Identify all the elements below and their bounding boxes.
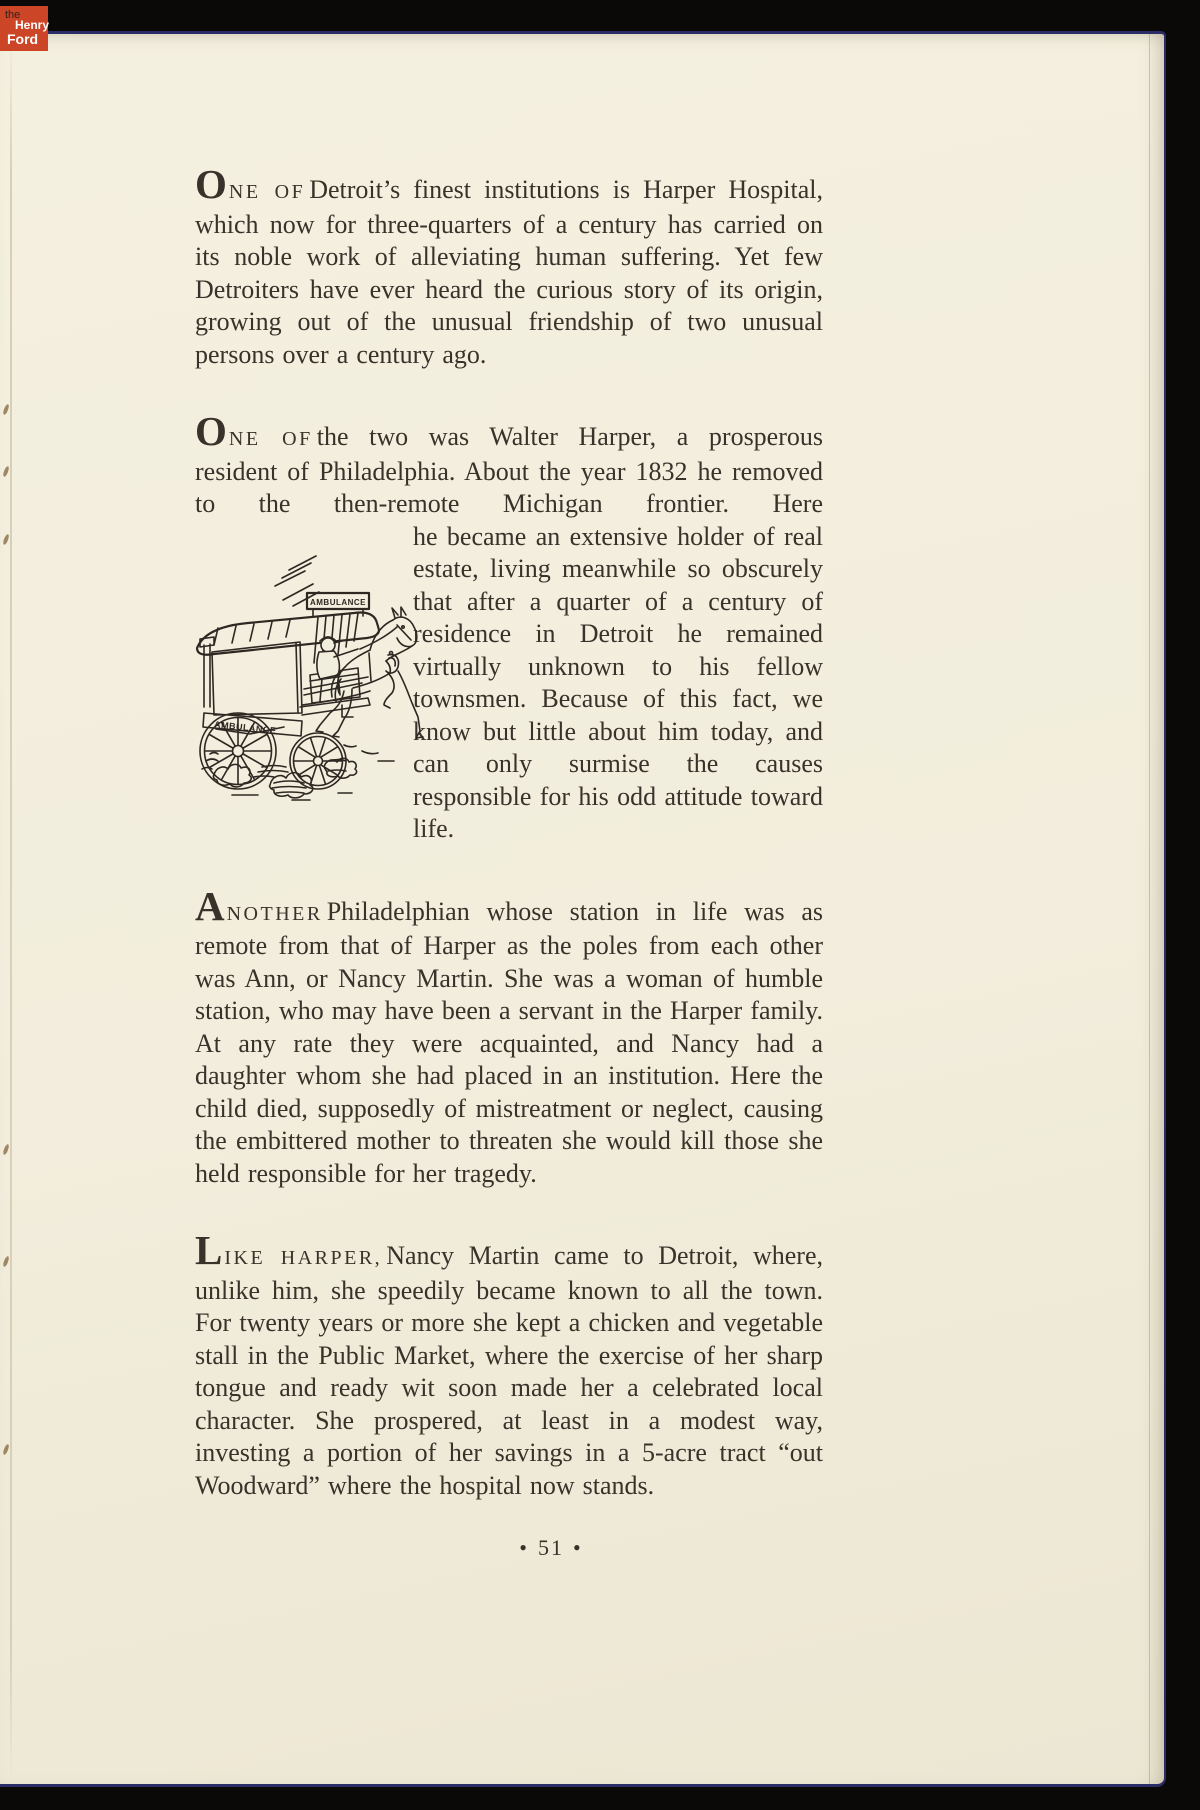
ambulance-sign-top: AMBULANCE xyxy=(310,598,366,607)
drop-cap: O xyxy=(195,408,228,454)
paragraph-three: ANOTHERPhiladelphian whose station in li… xyxy=(195,886,823,1191)
stitch-mark xyxy=(2,404,9,416)
small-caps: NE OF xyxy=(229,428,313,450)
paragraph-two-lead: ONE OFthe two was Walter Harper, a prosp… xyxy=(195,411,823,521)
paragraph-text: Nancy Martin came to Detroit, where, unl… xyxy=(195,1241,823,1500)
logo-word-ford: Ford xyxy=(7,31,38,47)
book-page: ONE OFDetroit’s finest institutions is H… xyxy=(0,31,1166,1787)
page-number: • 51 • xyxy=(195,1532,823,1565)
paragraph-two-wrapped: he became an extensive holder of real es… xyxy=(413,521,823,846)
page-edge-line xyxy=(1149,34,1150,1784)
henry-ford-logo: the Henry Ford xyxy=(0,6,48,51)
stitch-mark xyxy=(2,1444,9,1456)
logo-word-henry: Henry xyxy=(15,18,49,32)
small-caps: IKE HARPER, xyxy=(224,1247,382,1269)
wagon: AMBULANCE AMBULANCE xyxy=(197,593,379,736)
drop-cap: L xyxy=(195,1227,223,1273)
drop-cap: O xyxy=(195,161,228,207)
dust-clouds xyxy=(202,745,394,800)
paragraph-text: Detroit’s finest institutions is Harper … xyxy=(195,175,823,369)
drop-cap: A xyxy=(195,883,226,929)
paragraph-text: Philadelphian whose station in life was … xyxy=(195,897,823,1188)
binding-crease xyxy=(10,34,12,1784)
small-caps: NOTHER xyxy=(227,903,323,925)
stitch-mark xyxy=(2,1144,9,1156)
stitch-mark xyxy=(2,1256,9,1268)
paragraph-one: ONE OFDetroit’s finest institutions is H… xyxy=(195,164,823,371)
small-caps: NE OF xyxy=(229,181,305,203)
stitch-mark xyxy=(2,466,9,478)
stitch-mark xyxy=(2,534,9,546)
paragraph-four: LIKE HARPER,Nancy Martin came to Detroit… xyxy=(195,1230,823,1502)
ambulance-illustration: AMBULANCE AMBULANCE xyxy=(192,555,425,805)
